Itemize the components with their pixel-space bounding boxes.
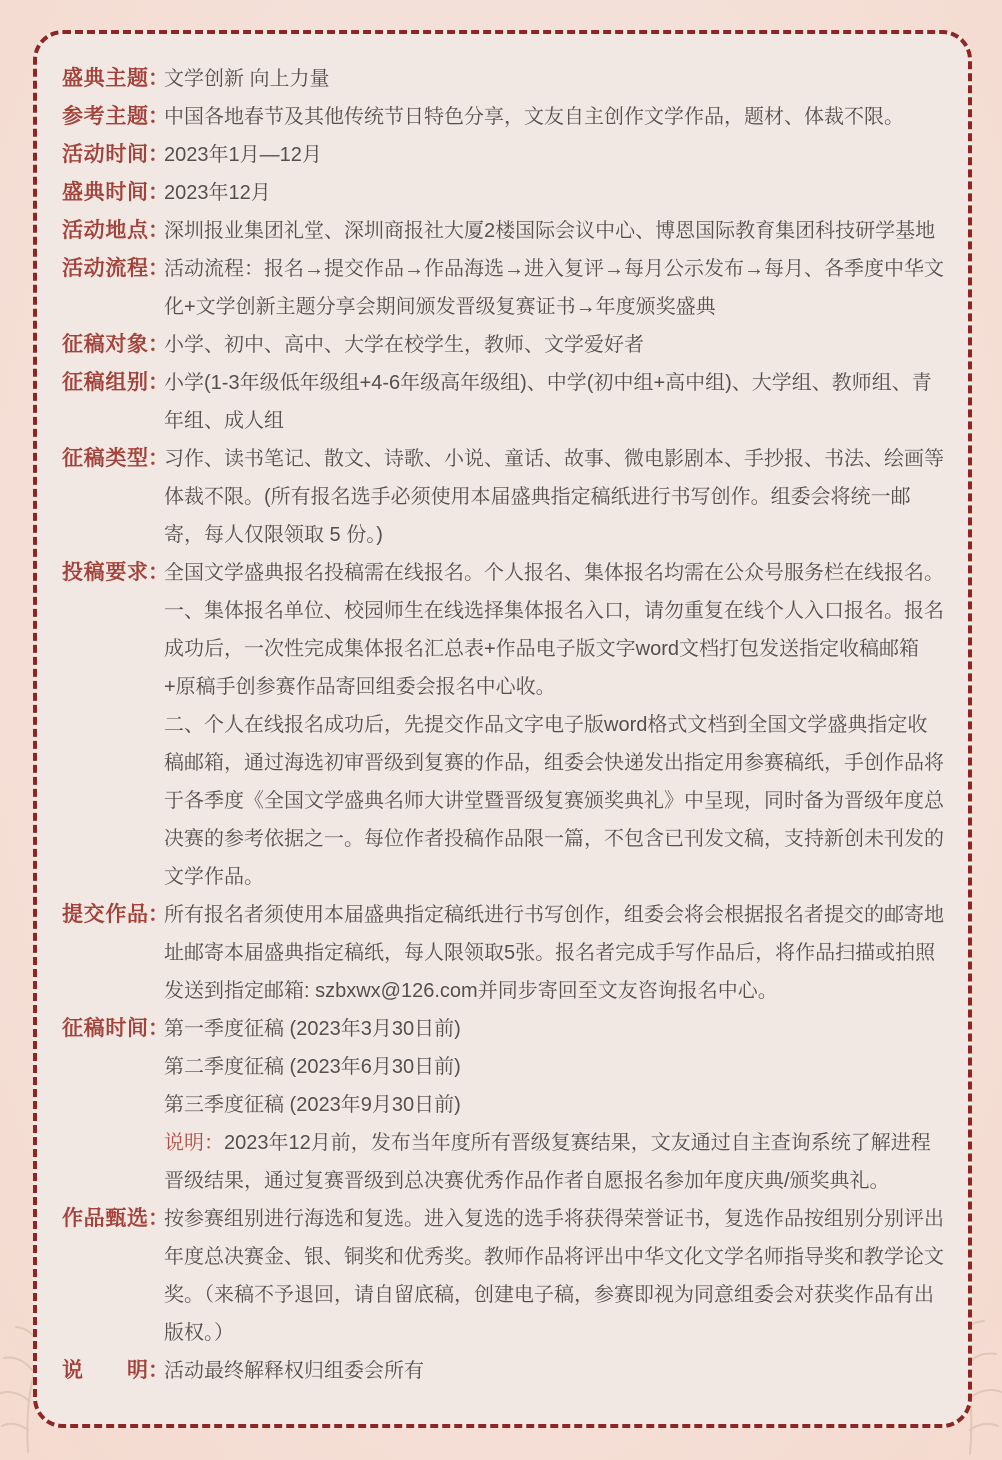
row-label-char: 间 xyxy=(127,174,148,212)
row-label-char: 点 xyxy=(127,212,148,250)
row-label-char: 稿 xyxy=(84,1010,105,1048)
row-label-char: 选 xyxy=(127,1200,148,1238)
info-row: 活动时间 ： 2023年1月—12月 xyxy=(62,136,946,174)
paragraph: 按参赛组别进行海选和复选。进入复选的选手将获得荣誉证书，复选作品按组别分别评出年… xyxy=(164,1200,946,1352)
row-label-char: 盛 xyxy=(62,174,83,212)
row-label-char: 主 xyxy=(105,98,126,136)
row-content: 习作、读书笔记、散文、诗歌、小说、童话、故事、微电影剧本、手抄报、书法、绘画等体… xyxy=(164,440,946,554)
row-label-colon: ： xyxy=(148,212,164,250)
row-label-colon: ： xyxy=(148,98,164,136)
paragraph: 2023年1月—12月 xyxy=(164,136,946,174)
row-label-char: 说 xyxy=(62,1352,83,1390)
row-label-char: 题 xyxy=(127,98,148,136)
row-label-colon: ： xyxy=(148,250,164,288)
row-content: 文学创新 向上力量 xyxy=(164,60,946,98)
row-label: 作品甄选 xyxy=(62,1200,148,1238)
paragraph: 一、集体报名单位、校园师生在线选择集体报名入口，请勿重复在线个人入口报名。报名成… xyxy=(164,592,946,706)
notice-card: 盛典主题 ： 文学创新 向上力量 参考主题 ： 中国各地春节及其他传统节日特色分… xyxy=(33,30,972,1428)
row-label-char: 间 xyxy=(127,1010,148,1048)
paragraph: 第一季度征稿 (2023年3月30日前) xyxy=(164,1010,946,1048)
paragraph: 活动最终解释权归组委会所有 xyxy=(164,1352,946,1390)
row-label-char: 作 xyxy=(62,1200,83,1238)
row-label-char: 流 xyxy=(105,250,126,288)
row-label-char: 时 xyxy=(105,174,126,212)
row-label-char: 动 xyxy=(84,212,105,250)
row-label-char: 征 xyxy=(62,326,83,364)
row-label-char: 征 xyxy=(62,364,83,402)
row-label: 征稿类型 xyxy=(62,440,148,478)
row-label-colon: ： xyxy=(148,136,164,174)
row-label-colon: ： xyxy=(148,554,164,592)
row-content: 全国文学盛典报名投稿需在线报名。个人报名、集体报名均需在公众号服务栏在线报名。一… xyxy=(164,554,946,896)
info-row: 征稿组别 ： 小学(1-3年级低年级组+4-6年级高年级组)、中学(初中组+高中… xyxy=(62,364,946,440)
row-label: 参考主题 xyxy=(62,98,148,136)
row-label-char: 程 xyxy=(127,250,148,288)
row-label-char: 征 xyxy=(62,1010,83,1048)
info-row: 盛典时间 ： 2023年12月 xyxy=(62,174,946,212)
paragraph: 说明：2023年12月前，发布当年度所有晋级复赛结果，文友通过自主查询系统了解进… xyxy=(164,1124,946,1200)
paragraph-note-prefix: 说明： xyxy=(164,1132,224,1154)
row-label: 盛典主题 xyxy=(62,60,148,98)
paragraph: 小学(1-3年级低年级组+4-6年级高年级组)、中学(初中组+高中组)、大学组、… xyxy=(164,364,946,440)
row-label-colon: ： xyxy=(148,174,164,212)
row-label: 活动时间 xyxy=(62,136,148,174)
row-label-char: 活 xyxy=(62,250,83,288)
row-label-char: 类 xyxy=(105,440,126,478)
info-row: 活动流程 ： 活动流程：报名→提交作品→作品海选→进入复评→每月公示发布→每月、… xyxy=(62,250,946,326)
info-row: 盛典主题 ： 文学创新 向上力量 xyxy=(62,60,946,98)
row-label-colon: ： xyxy=(148,440,164,478)
row-label: 活动地点 xyxy=(62,212,148,250)
row-label-char: 要 xyxy=(105,554,126,592)
row-content: 按参赛组别进行海选和复选。进入复选的选手将获得荣誉证书，复选作品按组别分别评出年… xyxy=(164,1200,946,1352)
info-row: 参考主题 ： 中国各地春节及其他传统节日特色分享，文友自主创作文学作品，题材、体… xyxy=(62,98,946,136)
paragraph: 全国文学盛典报名投稿需在线报名。个人报名、集体报名均需在公众号服务栏在线报名。 xyxy=(164,554,946,592)
row-label-char: 象 xyxy=(127,326,148,364)
paragraph: 中国各地春节及其他传统节日特色分享，文友自主创作文学作品，题材、体裁不限。 xyxy=(164,98,946,136)
row-label-char: 投 xyxy=(62,554,83,592)
row-label-char: 主 xyxy=(105,60,126,98)
row-label-char: 稿 xyxy=(84,554,105,592)
row-label-char: 组 xyxy=(105,364,126,402)
row-label-char: 时 xyxy=(105,136,126,174)
row-label-char: 对 xyxy=(105,326,126,364)
row-label-char: 作 xyxy=(105,896,126,934)
row-content: 中国各地春节及其他传统节日特色分享，文友自主创作文学作品，题材、体裁不限。 xyxy=(164,98,946,136)
row-label-colon: ： xyxy=(148,896,164,934)
row-label-char: 稿 xyxy=(84,326,105,364)
row-label: 征稿组别 xyxy=(62,364,148,402)
paragraph: 二、个人在线报名成功后，先提交作品文字电子版word格式文档到全国文学盛典指定收… xyxy=(164,706,946,896)
info-row: 征稿类型 ： 习作、读书笔记、散文、诗歌、小说、童话、故事、微电影剧本、手抄报、… xyxy=(62,440,946,554)
info-row: 提交作品 ： 所有报名者须使用本届盛典指定稿纸进行书写创作，组委会将会根据报名者… xyxy=(62,896,946,1010)
row-label-char: 稿 xyxy=(84,364,105,402)
row-label-char: 动 xyxy=(84,136,105,174)
row-label-char: 考 xyxy=(84,98,105,136)
info-row: 征稿对象 ： 小学、初中、高中、大学在校学生，教师、文学爱好者 xyxy=(62,326,946,364)
row-content: 深圳报业集团礼堂、深圳商报社大厦2楼国际会议中心、博恩国际教育集团科技研学基地 xyxy=(164,212,946,250)
row-label-colon: ： xyxy=(148,364,164,402)
row-label-char: 动 xyxy=(84,250,105,288)
row-label-char: 型 xyxy=(127,440,148,478)
row-label-colon: ： xyxy=(148,326,164,364)
row-content: 2023年1月—12月 xyxy=(164,136,946,174)
row-label-char: 地 xyxy=(105,212,126,250)
row-label-colon: ： xyxy=(148,60,164,98)
row-label-char: 稿 xyxy=(84,440,105,478)
row-label-char: 时 xyxy=(105,1010,126,1048)
row-content: 活动流程：报名→提交作品→作品海选→进入复评→每月公示发布→每月、各季度中华文化… xyxy=(164,250,946,326)
row-label-char: 题 xyxy=(127,60,148,98)
row-label-char: 征 xyxy=(62,440,83,478)
paragraph: 所有报名者须使用本届盛典指定稿纸进行书写创作，组委会将会根据报名者提交的邮寄地址… xyxy=(164,896,946,1010)
row-content: 2023年12月 xyxy=(164,174,946,212)
info-row: 活动地点 ： 深圳报业集团礼堂、深圳商报社大厦2楼国际会议中心、博恩国际教育集团… xyxy=(62,212,946,250)
paragraph: 第二季度征稿 (2023年6月30日前) xyxy=(164,1048,946,1086)
paragraph: 活动流程：报名→提交作品→作品海选→进入复评→每月公示发布→每月、各季度中华文化… xyxy=(164,250,946,326)
row-label: 提交作品 xyxy=(62,896,148,934)
row-label-char: 品 xyxy=(84,1200,105,1238)
info-row: 作品甄选 ： 按参赛组别进行海选和复选。进入复选的选手将获得荣誉证书，复选作品按… xyxy=(62,1200,946,1352)
row-label-char: 提 xyxy=(62,896,83,934)
info-row: 征稿时间 ： 第一季度征稿 (2023年3月30日前)第二季度征稿 (2023年… xyxy=(62,1010,946,1200)
row-label-char: 典 xyxy=(84,174,105,212)
row-label-char: 典 xyxy=(84,60,105,98)
info-row: 说明 ： 活动最终解释权归组委会所有 xyxy=(62,1352,946,1390)
row-label: 征稿对象 xyxy=(62,326,148,364)
row-content: 小学(1-3年级低年级组+4-6年级高年级组)、中学(初中组+高中组)、大学组、… xyxy=(164,364,946,440)
row-content: 所有报名者须使用本届盛典指定稿纸进行书写创作，组委会将会根据报名者提交的邮寄地址… xyxy=(164,896,946,1010)
paragraph: 第三季度征稿 (2023年9月30日前) xyxy=(164,1086,946,1124)
paragraph: 习作、读书笔记、散文、诗歌、小说、童话、故事、微电影剧本、手抄报、书法、绘画等体… xyxy=(164,440,946,554)
row-label: 征稿时间 xyxy=(62,1010,148,1048)
row-label-colon: ： xyxy=(148,1352,164,1390)
notice-body: 盛典主题 ： 文学创新 向上力量 参考主题 ： 中国各地春节及其他传统节日特色分… xyxy=(62,60,946,1390)
row-label-char: 品 xyxy=(127,896,148,934)
row-label-char: 活 xyxy=(62,136,83,174)
row-label-char: 甄 xyxy=(105,1200,126,1238)
paragraph: 深圳报业集团礼堂、深圳商报社大厦2楼国际会议中心、博恩国际教育集团科技研学基地 xyxy=(164,212,946,250)
row-content: 小学、初中、高中、大学在校学生，教师、文学爱好者 xyxy=(164,326,946,364)
row-label-colon: ： xyxy=(148,1200,164,1238)
row-label: 说明 xyxy=(62,1352,148,1390)
row-label-char: 盛 xyxy=(62,60,83,98)
row-content: 第一季度征稿 (2023年3月30日前)第二季度征稿 (2023年6月30日前)… xyxy=(164,1010,946,1200)
info-row: 投稿要求 ： 全国文学盛典报名投稿需在线报名。个人报名、集体报名均需在公众号服务… xyxy=(62,554,946,896)
row-label-char: 参 xyxy=(62,98,83,136)
row-label-char: 间 xyxy=(127,136,148,174)
row-label-char: 求 xyxy=(127,554,148,592)
row-label-char: 交 xyxy=(84,896,105,934)
row-content: 活动最终解释权归组委会所有 xyxy=(164,1352,946,1390)
row-label-char: 明 xyxy=(127,1352,148,1390)
paragraph: 2023年12月 xyxy=(164,174,946,212)
paragraph: 文学创新 向上力量 xyxy=(164,60,946,98)
row-label-char: 别 xyxy=(127,364,148,402)
row-label: 投稿要求 xyxy=(62,554,148,592)
row-label: 活动流程 xyxy=(62,250,148,288)
row-label-colon: ： xyxy=(148,1010,164,1048)
paragraph: 小学、初中、高中、大学在校学生，教师、文学爱好者 xyxy=(164,326,946,364)
row-label: 盛典时间 xyxy=(62,174,148,212)
row-label-char: 活 xyxy=(62,212,83,250)
